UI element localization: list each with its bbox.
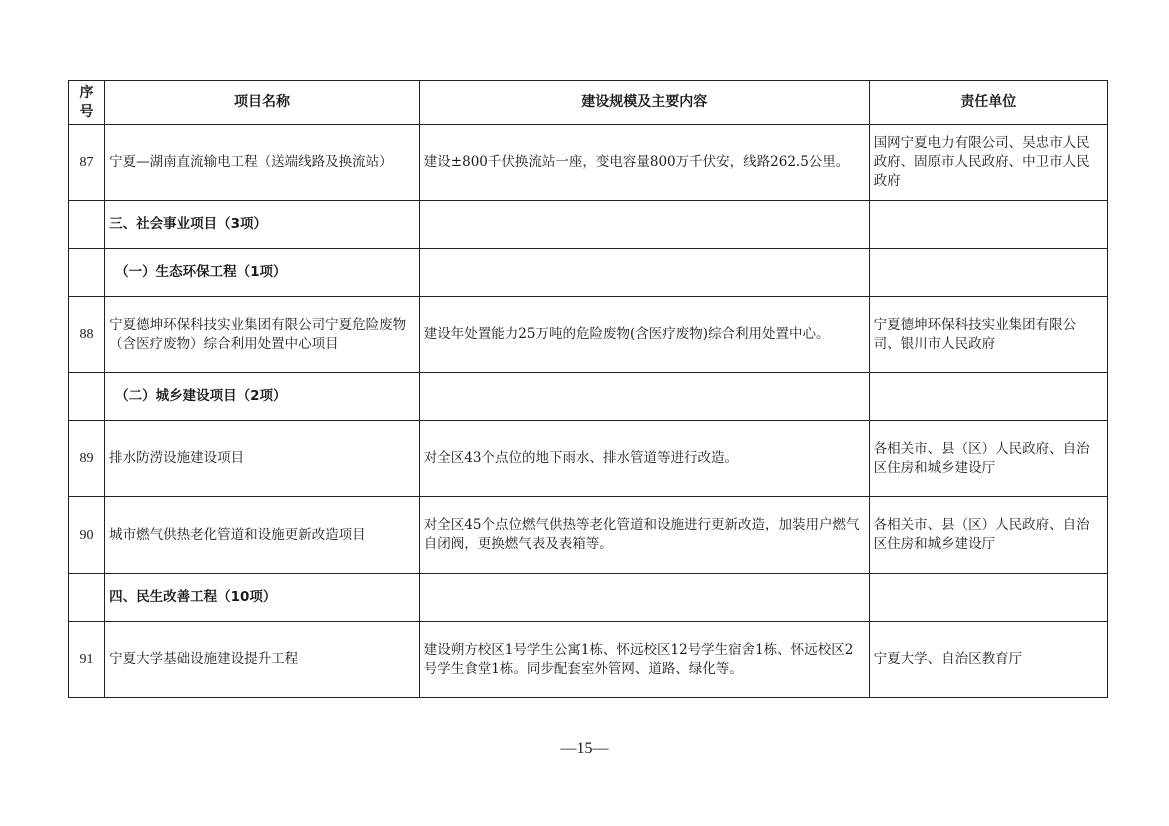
- row-unit: 宁夏大学、自治区教育厅: [869, 622, 1107, 698]
- row-no: 88: [69, 297, 105, 373]
- table-row: 87 宁夏—湖南直流输电工程（送端线路及换流站） 建设±800千伏换流站一座，变…: [69, 125, 1108, 201]
- table-row: 90 城市燃气供热老化管道和设施更新改造项目 对全区45个点位燃气供热等老化管道…: [69, 497, 1108, 574]
- section-row: 四、民生改善工程（10项）: [69, 574, 1108, 622]
- empty-cell: [869, 249, 1107, 297]
- table-row: 89 排水防涝设施建设项目 对全区43个点位的地下雨水、排水管道等进行改造。 各…: [69, 421, 1108, 497]
- empty-cell: [869, 574, 1107, 622]
- empty-cell: [419, 574, 869, 622]
- empty-cell: [419, 201, 869, 249]
- subsection-row: （一）生态环保工程（1项）: [69, 249, 1108, 297]
- row-content: 对全区43个点位的地下雨水、排水管道等进行改造。: [419, 421, 869, 497]
- row-name: 排水防涝设施建设项目: [105, 421, 420, 497]
- row-name: 宁夏大学基础设施建设提升工程: [105, 622, 420, 698]
- header-content: 建设规模及主要内容: [419, 81, 869, 125]
- subsection-row: （二）城乡建设项目（2项）: [69, 373, 1108, 421]
- row-no: 90: [69, 497, 105, 574]
- section-title: 四、民生改善工程（10项）: [105, 574, 420, 622]
- row-unit: 各相关市、县（区）人民政府、自治区住房和城乡建设厅: [869, 421, 1107, 497]
- table-row: 91 宁夏大学基础设施建设提升工程 建设朔方校区1号学生公寓1栋、怀远校区12号…: [69, 622, 1108, 698]
- row-content: 建设年处置能力25万吨的危险废物(含医疗废物)综合利用处置中心。: [419, 297, 869, 373]
- empty-cell: [69, 201, 105, 249]
- empty-cell: [419, 373, 869, 421]
- empty-cell: [869, 373, 1107, 421]
- empty-cell: [869, 201, 1107, 249]
- row-unit: 各相关市、县（区）人民政府、自治区住房和城乡建设厅: [869, 497, 1107, 574]
- table-header-row: 序号 项目名称 建设规模及主要内容 责任单位: [69, 81, 1108, 125]
- row-name: 宁夏—湖南直流输电工程（送端线路及换流站）: [105, 125, 420, 201]
- empty-cell: [69, 249, 105, 297]
- row-no: 89: [69, 421, 105, 497]
- section-row: 三、社会事业项目（3项）: [69, 201, 1108, 249]
- row-content: 建设±800千伏换流站一座，变电容量800万千伏安，线路262.5公里。: [419, 125, 869, 201]
- table-row: 88 宁夏德坤环保科技实业集团有限公司宁夏危险废物（含医疗废物）综合利用处置中心…: [69, 297, 1108, 373]
- row-name: 城市燃气供热老化管道和设施更新改造项目: [105, 497, 420, 574]
- row-name: 宁夏德坤环保科技实业集团有限公司宁夏危险废物（含医疗废物）综合利用处置中心项目: [105, 297, 420, 373]
- header-name: 项目名称: [105, 81, 420, 125]
- empty-cell: [69, 373, 105, 421]
- row-content: 对全区45个点位燃气供热等老化管道和设施进行更新改造，加装用户燃气自闭阀，更换燃…: [419, 497, 869, 574]
- subsection-title: （一）生态环保工程（1项）: [105, 249, 420, 297]
- empty-cell: [419, 249, 869, 297]
- header-unit: 责任单位: [869, 81, 1107, 125]
- subsection-title: （二）城乡建设项目（2项）: [105, 373, 420, 421]
- page-number: —15—: [0, 740, 1169, 758]
- empty-cell: [69, 574, 105, 622]
- section-title: 三、社会事业项目（3项）: [105, 201, 420, 249]
- row-unit: 国网宁夏电力有限公司、吴忠市人民政府、固原市人民政府、中卫市人民政府: [869, 125, 1107, 201]
- header-no: 序号: [69, 81, 105, 125]
- row-no: 91: [69, 622, 105, 698]
- row-unit: 宁夏德坤环保科技实业集团有限公司、银川市人民政府: [869, 297, 1107, 373]
- row-content: 建设朔方校区1号学生公寓1栋、怀远校区12号学生宿舍1栋、怀远校区2号学生食堂1…: [419, 622, 869, 698]
- row-no: 87: [69, 125, 105, 201]
- project-table: 序号 项目名称 建设规模及主要内容 责任单位 87 宁夏—湖南直流输电工程（送端…: [68, 80, 1108, 698]
